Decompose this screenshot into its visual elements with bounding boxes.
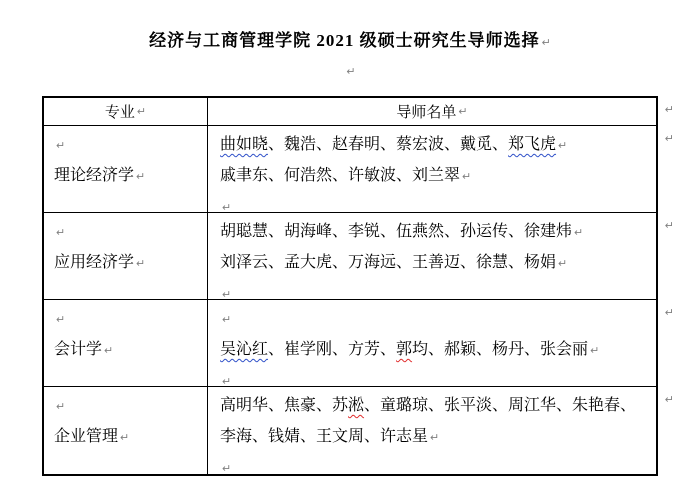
paragraph-mark-icon: ↵ — [56, 401, 65, 413]
mentors-cell[interactable]: 曲如晓、魏浩、赵春明、蔡宏波、戴觅、郑飞虎↵戚聿东、何浩然、许敏波、刘兰翠↵↵ — [208, 126, 656, 212]
mentor-line: 吴沁红、崔学刚、方芳、郭均、郝颖、杨丹、张会丽↵ — [220, 334, 652, 365]
major-name: 理论经济学 — [54, 167, 134, 184]
mentor-name-flagged: 曲如晓 — [220, 136, 268, 153]
paragraph-mark-icon: ↵ — [56, 140, 65, 152]
header-mentors-label: 导师名单 — [396, 101, 456, 122]
paragraph-mark-icon: ↵ — [558, 140, 567, 152]
paragraph-mark-icon: ↵ — [120, 432, 129, 444]
empty-line: ↵ — [54, 216, 203, 247]
mentor-names-text: 戚聿东、何浩然、许敏波、刘兰翠 — [220, 167, 460, 184]
table-row: ↵理论经济学↵曲如晓、魏浩、赵春明、蔡宏波、戴觅、郑飞虎↵戚聿东、何浩然、许敏波… — [44, 126, 656, 213]
paragraph-mark-icon: ↵ — [222, 314, 231, 326]
mentor-line: ↵ — [220, 452, 652, 483]
mentor-name-flagged: 郭 — [396, 341, 412, 358]
document-title-text: 经济与工商管理学院 2021 级硕士研究生导师选择 — [149, 31, 540, 50]
major-cell[interactable]: ↵应用经济学↵ — [44, 213, 208, 299]
mentor-name-flagged: 吴沁红 — [220, 341, 268, 358]
paragraph-mark-icon: ↵ — [137, 105, 146, 118]
mentor-names-text: 刘泽云、孟大虎、万海远、王善迈、徐慧、杨娟 — [220, 254, 556, 271]
paragraph-mark-icon: ↵ — [558, 258, 567, 270]
major-name: 企业管理 — [54, 428, 118, 445]
empty-line: ↵ — [54, 129, 203, 160]
empty-line: ↵ — [54, 303, 203, 334]
row-end-paragraph-mark-icon: ↵ — [665, 103, 674, 116]
empty-line: ↵ — [54, 390, 203, 421]
paragraph-mark-icon: ↵ — [56, 314, 65, 326]
mentor-name-flagged: 郑飞虎 — [508, 136, 556, 153]
mentor-names-text: 、魏浩、赵春明、蔡宏波、戴觅、 — [268, 136, 508, 153]
paragraph-mark-icon: ↵ — [574, 227, 583, 239]
row-end-paragraph-mark-icon: ↵ — [665, 306, 674, 319]
paragraph-mark-icon: ↵ — [222, 463, 231, 475]
major-name-line: 应用经济学↵ — [54, 247, 203, 278]
mentors-cell[interactable]: 高明华、焦豪、苏淞、童璐琼、张平淡、周江华、朱艳春、李海、钱婧、王文周、许志星↵… — [208, 387, 656, 474]
mentors-cell[interactable]: 胡聪慧、胡海峰、李锐、伍燕然、孙运传、徐建炜↵刘泽云、孟大虎、万海远、王善迈、徐… — [208, 213, 656, 299]
major-cell[interactable]: ↵企业管理↵ — [44, 387, 208, 474]
paragraph-mark-icon: ↵ — [136, 171, 145, 183]
paragraph-mark-icon: ↵ — [430, 432, 439, 444]
mentor-line: 李海、钱婧、王文周、许志星↵ — [220, 421, 652, 452]
paragraph-mark-icon: ↵ — [136, 258, 145, 270]
major-name-line: 会计学↵ — [54, 334, 203, 365]
mentor-line: 戚聿东、何浩然、许敏波、刘兰翠↵ — [220, 160, 652, 191]
mentor-line: 曲如晓、魏浩、赵春明、蔡宏波、戴觅、郑飞虎↵ — [220, 129, 652, 160]
mentor-names-text: 均、郝颖、杨丹、张会丽 — [412, 341, 588, 358]
paragraph-mark-icon: ↵ — [462, 171, 471, 183]
major-name: 应用经济学 — [54, 254, 134, 271]
paragraph-mark-icon: ↵ — [346, 66, 355, 78]
paragraph-mark-icon: ↵ — [542, 37, 551, 49]
major-name-line: 企业管理↵ — [54, 421, 203, 452]
advisor-table: 专业↵ 导师名单↵ ↵ ↵理论经济学↵曲如晓、魏浩、赵春明、蔡宏波、戴觅、郑飞虎… — [42, 96, 658, 476]
table-row: ↵应用经济学↵胡聪慧、胡海峰、李锐、伍燕然、孙运传、徐建炜↵刘泽云、孟大虎、万海… — [44, 213, 656, 300]
major-name: 会计学 — [54, 341, 102, 358]
header-cell-mentors[interactable]: 导师名单↵ — [208, 98, 656, 125]
mentor-names-text: 胡聪慧、胡海峰、李锐、伍燕然、孙运传、徐建炜 — [220, 223, 572, 240]
table-row: ↵会计学↵↵吴沁红、崔学刚、方芳、郭均、郝颖、杨丹、张会丽↵↵↵ — [44, 300, 656, 387]
document-title[interactable]: 经济与工商管理学院 2021 级硕士研究生导师选择↵ — [0, 26, 700, 51]
row-end-paragraph-mark-icon: ↵ — [665, 132, 674, 145]
row-end-paragraph-mark-icon: ↵ — [665, 393, 674, 406]
mentor-names-text: 、童璐琼、张平淡、周江华、朱艳春、 — [364, 397, 636, 414]
major-cell[interactable]: ↵会计学↵ — [44, 300, 208, 386]
paragraph-mark-icon: ↵ — [104, 345, 113, 357]
mentor-line: ↵ — [220, 303, 652, 334]
paragraph-mark-icon: ↵ — [458, 105, 467, 118]
mentor-name-flagged: 淞 — [348, 397, 364, 414]
empty-paragraph[interactable]: ↵ — [0, 62, 700, 80]
paragraph-mark-icon: ↵ — [590, 345, 599, 357]
mentor-line: 胡聪慧、胡海峰、李锐、伍燕然、孙运传、徐建炜↵ — [220, 216, 652, 247]
mentor-names-text: 、崔学刚、方芳、 — [268, 341, 396, 358]
document-page: 经济与工商管理学院 2021 级硕士研究生导师选择↵ ↵ 专业↵ 导师名单↵ ↵… — [0, 0, 700, 494]
header-major-label: 专业 — [105, 101, 135, 122]
mentor-line: 刘泽云、孟大虎、万海远、王善迈、徐慧、杨娟↵ — [220, 247, 652, 278]
table-row: ↵企业管理↵高明华、焦豪、苏淞、童璐琼、张平淡、周江华、朱艳春、李海、钱婧、王文… — [44, 387, 656, 474]
mentor-line: 高明华、焦豪、苏淞、童璐琼、张平淡、周江华、朱艳春、 — [220, 390, 652, 421]
mentor-names-text: 李海、钱婧、王文周、许志星 — [220, 428, 428, 445]
major-name-line: 理论经济学↵ — [54, 160, 203, 191]
mentor-names-text: 高明华、焦豪、苏 — [220, 397, 348, 414]
header-cell-major[interactable]: 专业↵ — [44, 98, 208, 125]
major-cell[interactable]: ↵理论经济学↵ — [44, 126, 208, 212]
table-header-row: 专业↵ 导师名单↵ ↵ — [44, 98, 656, 126]
paragraph-mark-icon: ↵ — [56, 227, 65, 239]
row-end-paragraph-mark-icon: ↵ — [665, 219, 674, 232]
mentors-cell[interactable]: ↵吴沁红、崔学刚、方芳、郭均、郝颖、杨丹、张会丽↵↵ — [208, 300, 656, 386]
